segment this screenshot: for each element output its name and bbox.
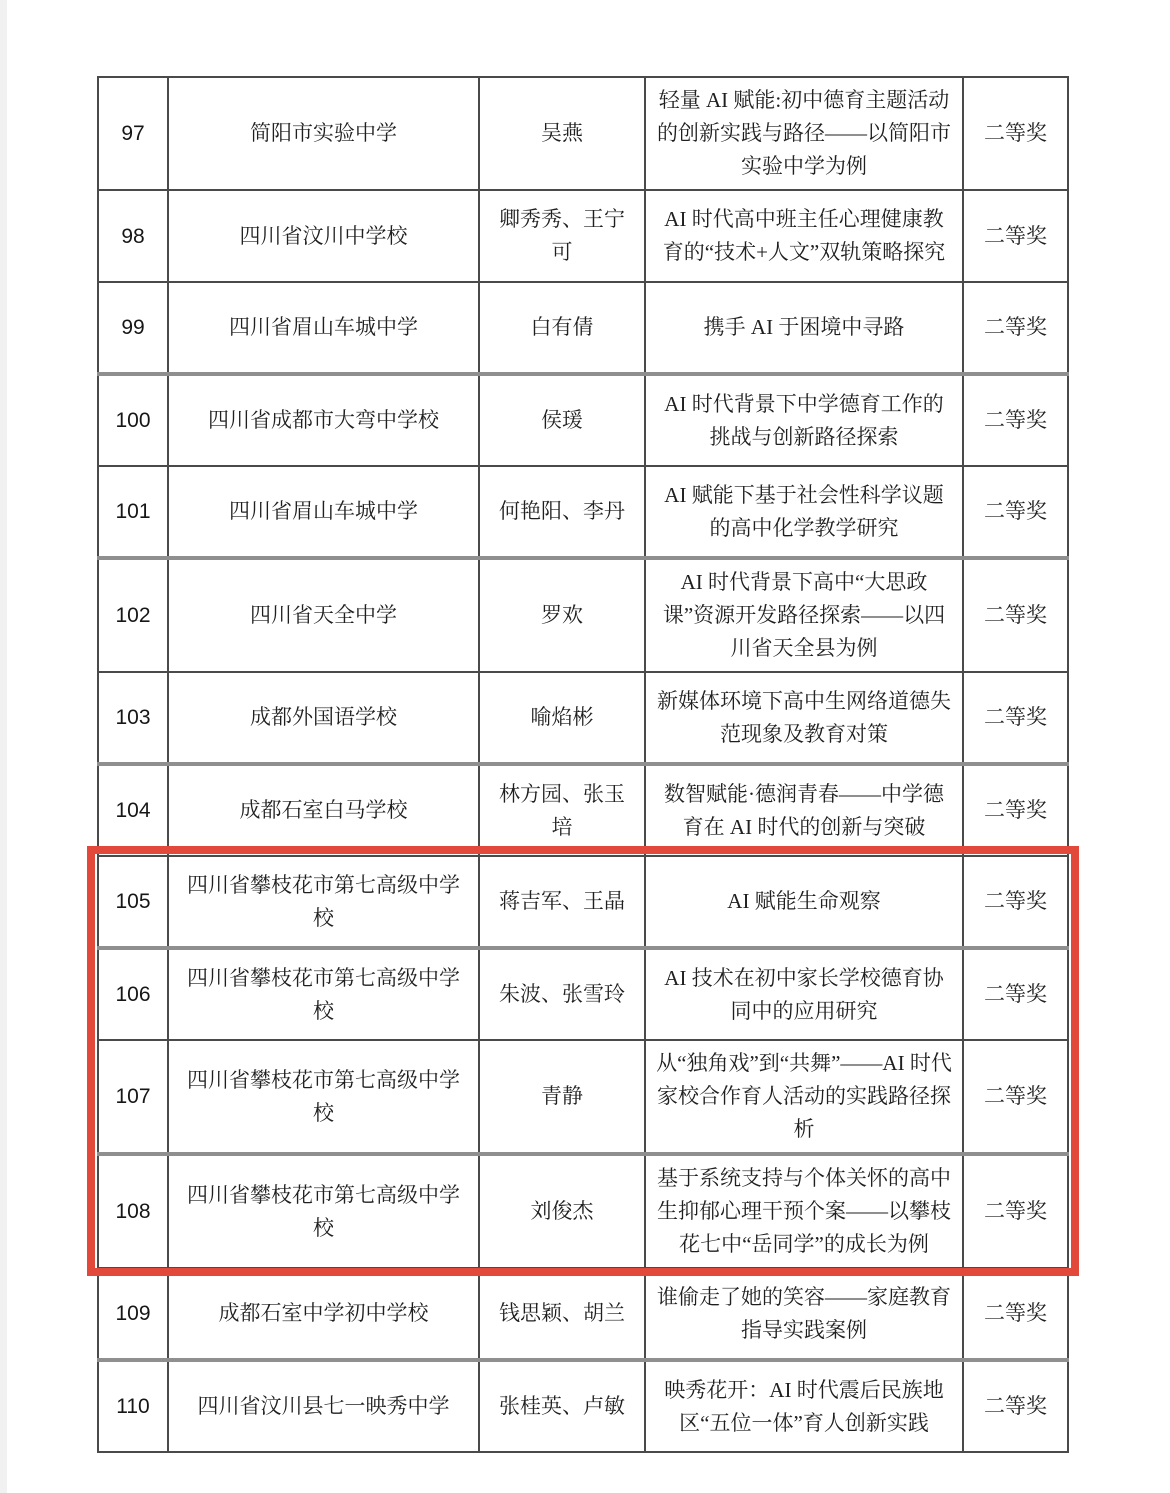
table-row: 110 四川省汶川县七一映秀中学 张桂英、卢敏 映秀花开：AI 时代震后民族地区… — [98, 1360, 1068, 1452]
cell-title: 轻量 AI 赋能:初中德育主题活动的创新实践与路径——以简阳市实验中学为例 — [645, 77, 963, 190]
cell-authors: 罗欢 — [479, 558, 645, 672]
cell-number: 100 — [98, 374, 168, 466]
cell-school: 四川省攀枝花市第七高级中学校 — [168, 856, 479, 948]
cell-authors: 卿秀秀、王宁可 — [479, 190, 645, 282]
cell-number: 110 — [98, 1360, 168, 1452]
cell-award: 二等奖 — [963, 77, 1068, 190]
cell-title: 映秀花开：AI 时代震后民族地区“五位一体”育人创新实践 — [645, 1360, 963, 1452]
cell-school: 四川省攀枝花市第七高级中学校 — [168, 1040, 479, 1154]
cell-title: AI 赋能生命观察 — [645, 856, 963, 948]
cell-authors: 侯瑗 — [479, 374, 645, 466]
cell-school: 成都石室中学初中学校 — [168, 1268, 479, 1360]
cell-school: 四川省眉山车城中学 — [168, 282, 479, 374]
document-page: 97 简阳市实验中学 吴燕 轻量 AI 赋能:初中德育主题活动的创新实践与路径—… — [0, 0, 1170, 1493]
cell-school: 四川省天全中学 — [168, 558, 479, 672]
cell-number: 105 — [98, 856, 168, 948]
cell-title: AI 时代背景下高中“大思政课”资源开发路径探索——以四川省天全县为例 — [645, 558, 963, 672]
cell-authors: 青静 — [479, 1040, 645, 1154]
cell-number: 109 — [98, 1268, 168, 1360]
cell-title: AI 技术在初中家长学校德育协同中的应用研究 — [645, 948, 963, 1040]
cell-title: 谁偷走了她的笑容——家庭教育指导实践案例 — [645, 1268, 963, 1360]
table-row: 108 四川省攀枝花市第七高级中学校 刘俊杰 基于系统支持与个体关怀的高中生抑郁… — [98, 1154, 1068, 1268]
table-row: 106 四川省攀枝花市第七高级中学校 朱波、张雪玲 AI 技术在初中家长学校德育… — [98, 948, 1068, 1040]
cell-authors: 钱思颖、胡兰 — [479, 1268, 645, 1360]
cell-number: 101 — [98, 466, 168, 558]
cell-number: 97 — [98, 77, 168, 190]
cell-award: 二等奖 — [963, 466, 1068, 558]
cell-award: 二等奖 — [963, 1040, 1068, 1154]
cell-number: 104 — [98, 764, 168, 856]
cell-school: 四川省汶川中学校 — [168, 190, 479, 282]
cell-title: 从“独角戏”到“共舞”——AI 时代家校合作育人活动的实践路径探析 — [645, 1040, 963, 1154]
table-row: 103 成都外国语学校 喻焰彬 新媒体环境下高中生网络道德失范现象及教育对策 二… — [98, 672, 1068, 764]
table-row: 97 简阳市实验中学 吴燕 轻量 AI 赋能:初中德育主题活动的创新实践与路径—… — [98, 77, 1068, 190]
awards-table-container: 97 简阳市实验中学 吴燕 轻量 AI 赋能:初中德育主题活动的创新实践与路径—… — [97, 76, 1067, 1453]
cell-number: 106 — [98, 948, 168, 1040]
cell-number: 102 — [98, 558, 168, 672]
cell-award: 二等奖 — [963, 948, 1068, 1040]
table-row: 109 成都石室中学初中学校 钱思颖、胡兰 谁偷走了她的笑容——家庭教育指导实践… — [98, 1268, 1068, 1360]
table-row: 99 四川省眉山车城中学 白有倩 携手 AI 于困境中寻路 二等奖 — [98, 282, 1068, 374]
cell-authors: 吴燕 — [479, 77, 645, 190]
table-row: 101 四川省眉山车城中学 何艳阳、李丹 AI 赋能下基于社会性科学议题的高中化… — [98, 466, 1068, 558]
cell-number: 108 — [98, 1154, 168, 1268]
cell-title: 基于系统支持与个体关怀的高中生抑郁心理干预个案——以攀枝花七中“岳同学”的成长为… — [645, 1154, 963, 1268]
cell-title: 携手 AI 于困境中寻路 — [645, 282, 963, 374]
cell-award: 二等奖 — [963, 672, 1068, 764]
cell-school: 成都石室白马学校 — [168, 764, 479, 856]
awards-table-body: 97 简阳市实验中学 吴燕 轻量 AI 赋能:初中德育主题活动的创新实践与路径—… — [98, 77, 1068, 1452]
cell-school: 四川省攀枝花市第七高级中学校 — [168, 1154, 479, 1268]
table-row: 107 四川省攀枝花市第七高级中学校 青静 从“独角戏”到“共舞”——AI 时代… — [98, 1040, 1068, 1154]
scan-edge-shadow — [0, 0, 7, 1493]
cell-school: 成都外国语学校 — [168, 672, 479, 764]
cell-title: 新媒体环境下高中生网络道德失范现象及教育对策 — [645, 672, 963, 764]
cell-award: 二等奖 — [963, 856, 1068, 948]
table-row: 100 四川省成都市大弯中学校 侯瑗 AI 时代背景下中学德育工作的挑战与创新路… — [98, 374, 1068, 466]
cell-award: 二等奖 — [963, 1268, 1068, 1360]
cell-authors: 张桂英、卢敏 — [479, 1360, 645, 1452]
awards-table: 97 简阳市实验中学 吴燕 轻量 AI 赋能:初中德育主题活动的创新实践与路径—… — [97, 76, 1069, 1453]
cell-school: 简阳市实验中学 — [168, 77, 479, 190]
cell-authors: 蒋吉军、王晶 — [479, 856, 645, 948]
cell-award: 二等奖 — [963, 374, 1068, 466]
cell-number: 107 — [98, 1040, 168, 1154]
cell-school: 四川省成都市大弯中学校 — [168, 374, 479, 466]
cell-award: 二等奖 — [963, 1154, 1068, 1268]
cell-number: 103 — [98, 672, 168, 764]
cell-school: 四川省攀枝花市第七高级中学校 — [168, 948, 479, 1040]
cell-title: AI 时代高中班主任心理健康教育的“技术+人文”双轨策略探究 — [645, 190, 963, 282]
table-row: 98 四川省汶川中学校 卿秀秀、王宁可 AI 时代高中班主任心理健康教育的“技术… — [98, 190, 1068, 282]
cell-authors: 朱波、张雪玲 — [479, 948, 645, 1040]
cell-school: 四川省汶川县七一映秀中学 — [168, 1360, 479, 1452]
table-row: 104 成都石室白马学校 林方园、张玉培 数智赋能·德润青春——中学德育在 AI… — [98, 764, 1068, 856]
cell-award: 二等奖 — [963, 764, 1068, 856]
cell-award: 二等奖 — [963, 558, 1068, 672]
cell-authors: 何艳阳、李丹 — [479, 466, 645, 558]
cell-title: 数智赋能·德润青春——中学德育在 AI 时代的创新与突破 — [645, 764, 963, 856]
table-row: 105 四川省攀枝花市第七高级中学校 蒋吉军、王晶 AI 赋能生命观察 二等奖 — [98, 856, 1068, 948]
cell-number: 98 — [98, 190, 168, 282]
cell-authors: 白有倩 — [479, 282, 645, 374]
cell-title: AI 时代背景下中学德育工作的挑战与创新路径探索 — [645, 374, 963, 466]
cell-school: 四川省眉山车城中学 — [168, 466, 479, 558]
table-row: 102 四川省天全中学 罗欢 AI 时代背景下高中“大思政课”资源开发路径探索—… — [98, 558, 1068, 672]
cell-authors: 刘俊杰 — [479, 1154, 645, 1268]
cell-award: 二等奖 — [963, 190, 1068, 282]
cell-title: AI 赋能下基于社会性科学议题的高中化学教学研究 — [645, 466, 963, 558]
cell-number: 99 — [98, 282, 168, 374]
cell-award: 二等奖 — [963, 1360, 1068, 1452]
cell-award: 二等奖 — [963, 282, 1068, 374]
cell-authors: 喻焰彬 — [479, 672, 645, 764]
cell-authors: 林方园、张玉培 — [479, 764, 645, 856]
